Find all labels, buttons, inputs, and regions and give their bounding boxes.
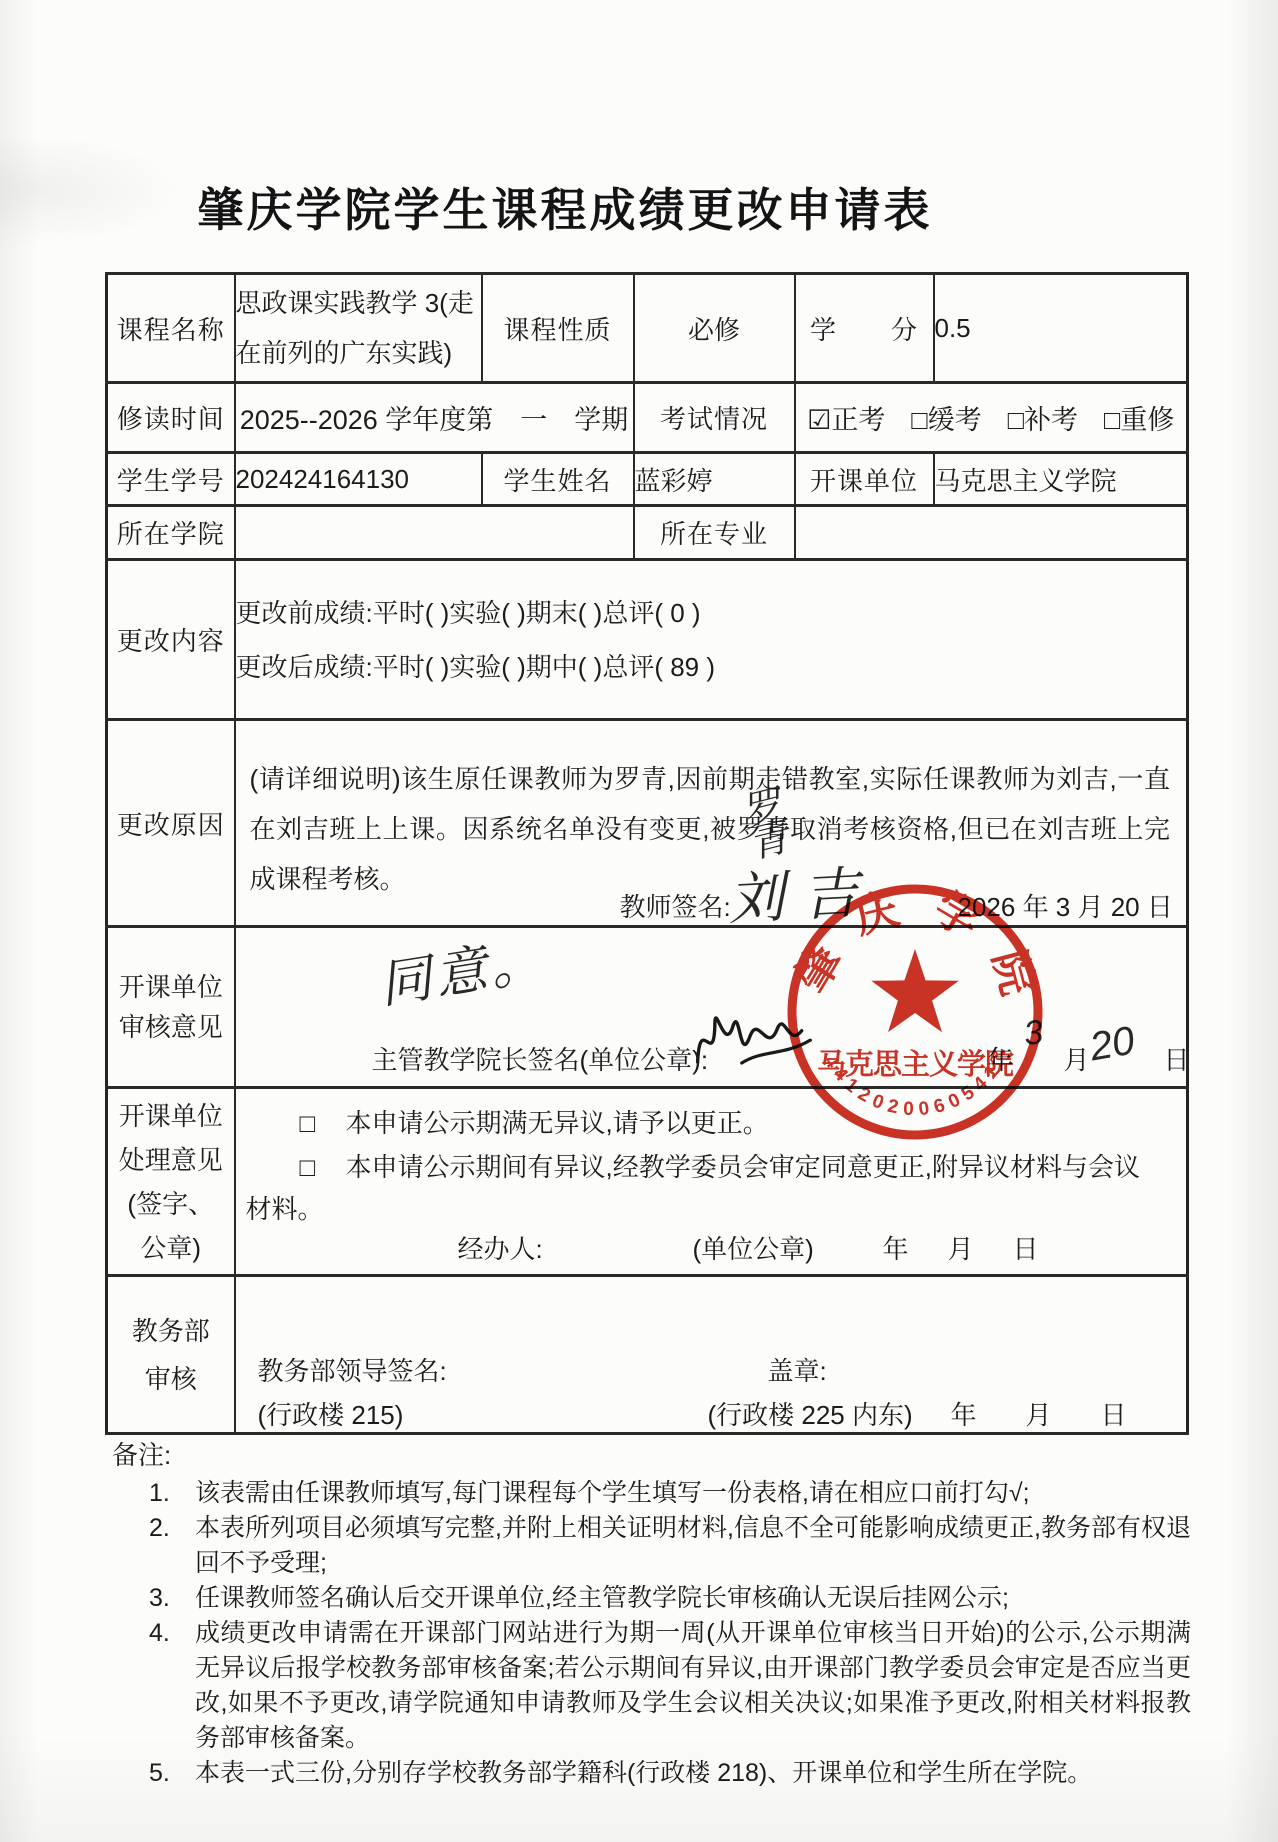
course-name-label: 课程名称 [107,274,235,383]
aa-date-day: 日 [1101,1395,1127,1432]
dean-sign-label: 主管教学院长签名(单位公章): [372,1040,709,1077]
agent-label: 经办人: [458,1229,543,1266]
handling-option2-wrap: 材料。 [246,1189,324,1226]
student-name-label: 学生姓名 [482,453,634,506]
unit-review-label: 开课单位 审核意见 [107,927,235,1088]
exam-status-options: ☑正考 □缓考 □补考 □重修 [795,383,1188,453]
notes-section: 备注: 1. 该表需由任课教师填写,每门课程每个学生填写一份表格,请在相应口前打… [105,1438,1191,1791]
handling-option2-text: 本申请公示期间有异议,经教学委员会审定同意更正,附异议材料与会议 [346,1152,1140,1182]
change-content-label: 更改内容 [107,560,235,720]
offering-unit-label: 开课单位 [795,453,934,506]
row-course: 课程名称 思政课实践教学 3(走在前列的广东实践) 课程性质 必修 学 分 0.… [107,274,1188,383]
handling-option2-checkbox: □ [300,1152,346,1183]
unit-handling-label: 开课单位 处理意见 (签字、 公章) [107,1088,235,1276]
handling-option1-text: 本申请公示期满无异议,请予以更正。 [346,1108,769,1138]
college-value [235,506,634,560]
change-reason-label: 更改原因 [107,720,235,927]
page-title: 肇庆学院学生课程成绩更改申请表 [0,174,1130,240]
aa-date-month: 月 [1026,1395,1052,1432]
college-label: 所在学院 [107,506,235,560]
credit-label: 学 分 [795,274,934,383]
course-nature-value: 必修 [634,274,795,383]
row-student: 学生学号 202424164130 学生姓名 蓝彩婷 开课单位 马克思主义学院 [107,453,1188,506]
checkbox-regular-exam: ☑正考 [807,398,885,437]
period-value: 2025--2026 学年度第 一 学期 [235,383,634,453]
aa-sign-label: 教务部领导签名: [258,1351,447,1388]
offering-unit-value: 马克思主义学院 [934,453,1188,506]
aa-date-year: 年 [951,1395,977,1432]
aa-sign-location: (行政楼 215) [258,1395,404,1432]
dean-date-day: 日 [1164,1040,1190,1077]
teacher-sign-label: 教师签名: [620,887,731,924]
note-item-5: 5. 本表一式三份,分别存学校教务部学籍科(行政楼 218)、开课单位和学生所在… [105,1756,1191,1791]
major-value [795,506,1188,560]
grade-change-form-table: 课程名称 思政课实践教学 3(走在前列的广东实践) 课程性质 必修 学 分 0.… [105,272,1189,1435]
course-name-value: 思政课实践教学 3(走在前列的广东实践) [235,274,482,383]
checkbox-makeup-exam: □补考 [1008,398,1078,437]
credit-value: 0.5 [934,274,1188,383]
note-item-3: 3. 任课教师签名确认后交开课单位,经主管教学院长审核确认无误后挂网公示; [105,1581,1191,1616]
dean-date-month: 月 [1064,1040,1090,1077]
handling-date-year: 年 [883,1229,909,1266]
notes-list: 1. 该表需由任课教师填写,每门课程每个学生填写一份表格,请在相应口前打勾√; … [105,1476,1191,1791]
grade-before-line: 更改前成绩:平时( )实验( )期末( )总评( 0 ) [236,586,1187,640]
handling-option1-checkbox: □ [300,1108,346,1139]
note-item-2: 2. 本表所列项目必须填写完整,并附上相关证明材料,信息不全可能影响成绩更正,教… [105,1511,1191,1581]
seal-star-icon [871,949,959,1032]
change-content-cell: 更改前成绩:平时( )实验( )期末( )总评( 0 ) 更改后成绩:平时( )… [235,560,1188,720]
dean-date-day-handwriting: 20 [1086,1018,1138,1070]
handling-date-month: 月 [948,1229,974,1266]
major-label: 所在专业 [634,506,795,560]
official-seal: 肇庆学院 马克思主义学院 4412020060541 [780,877,1050,1147]
aa-stamp-label: 盖章: [768,1351,827,1388]
academic-review-cell: 教务部领导签名: 盖章: (行政楼 215) (行政楼 225 内东) 年 月 … [235,1276,1188,1434]
row-period: 修读时间 2025--2026 学年度第 一 学期 考试情况 ☑正考 □缓考 □… [107,383,1188,453]
row-change-content: 更改内容 更改前成绩:平时( )实验( )期末( )总评( 0 ) 更改后成绩:… [107,560,1188,720]
notes-label: 备注: [112,1438,1191,1473]
aa-stamp-location: (行政楼 225 内东) [708,1395,913,1432]
student-id-label: 学生学号 [107,453,235,506]
scanned-form-page: 肇庆学院学生课程成绩更改申请表 课程名称 思政课实践教学 3(走在前列的广东实践… [0,0,1278,1842]
note-item-4: 4. 成绩更改申请需在开课部门网站进行为期一周(从开课单位审核当日开始)的公示,… [105,1616,1191,1756]
course-nature-label: 课程性质 [482,274,634,383]
student-id-value: 202424164130 [235,453,482,506]
grade-after-line: 更改后成绩:平时( )实验( )期中( )总评( 89 ) [236,640,1187,694]
academic-review-label: 教务部 审核 [107,1276,235,1434]
student-name-value: 蓝彩婷 [634,453,795,506]
period-label: 修读时间 [107,383,235,453]
row-academic-review: 教务部 审核 教务部领导签名: 盖章: (行政楼 215) (行政楼 225 内… [107,1276,1188,1434]
exam-status-label: 考试情况 [634,383,795,453]
handling-date-day: 日 [1013,1229,1039,1266]
unit-stamp-note: (单位公章) [693,1229,814,1266]
checkbox-deferred-exam: □缓考 [911,398,981,437]
checkbox-retake: □重修 [1104,398,1174,437]
note-item-1: 1. 该表需由任课教师填写,每门课程每个学生填写一份表格,请在相应口前打勾√; [105,1476,1191,1511]
row-college: 所在学院 所在专业 [107,506,1188,560]
